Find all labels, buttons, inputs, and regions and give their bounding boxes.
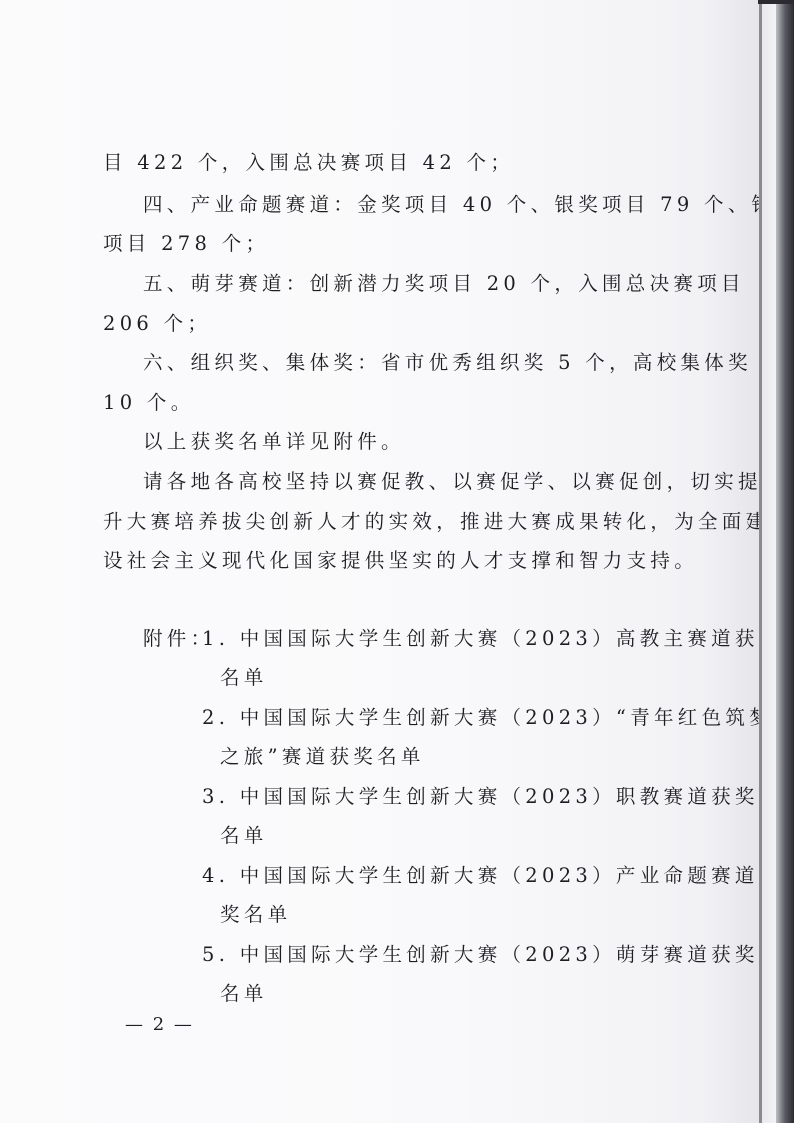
body-line-9: 请各地各高校坚持以赛促教、以赛促学、以赛促创，切实提	[143, 470, 762, 494]
attachment-4-line2: 奖名单	[220, 903, 291, 927]
attachment-1-line2: 名单	[220, 666, 268, 690]
document-page: 目 422 个，入围总决赛项目 42 个； 四、产业命题赛道：金奖项目 40 个…	[0, 0, 760, 1123]
body-line-7: 10 个。	[103, 391, 195, 415]
body-line-3: 项目 278 个；	[103, 232, 269, 256]
body-line-11: 设社会主义现代化国家提供坚实的人才支撑和智力支持。	[103, 549, 698, 573]
scanner-border	[776, 0, 794, 1123]
attachment-5-line2: 名单	[220, 982, 268, 1006]
body-line-8: 以上获奖名单详见附件。	[143, 430, 405, 454]
attachment-4-line1: 4. 中国国际大学生创新大赛（2023）产业命题赛道获	[202, 864, 783, 888]
attachment-1-line1: 1. 中国国际大学生创新大赛（2023）高教主赛道获奖	[202, 627, 783, 651]
attachment-2-line2: 之旅”赛道获奖名单	[220, 745, 425, 769]
page-number: — 2 —	[125, 1014, 194, 1035]
body-line-2: 四、产业命题赛道：金奖项目 40 个、银奖项目 79 个、铜奖	[143, 193, 794, 217]
page-edge-strip	[762, 0, 776, 1123]
body-line-5: 206 个；	[103, 312, 211, 336]
body-line-10: 升大赛培养拔尖创新人才的实效，推进大赛成果转化，为全面建	[103, 510, 769, 534]
attachment-3-line2: 名单	[220, 824, 268, 848]
attachment-2-line1: 2. 中国国际大学生创新大赛（2023）“青年红色筑梦	[202, 706, 773, 730]
body-line-6: 六、组织奖、集体奖：省市优秀组织奖 5 个，高校集体奖	[143, 351, 752, 375]
attachment-5-line1: 5. 中国国际大学生创新大赛（2023）萌芽赛道获奖	[202, 943, 759, 967]
attachment-3-line1: 3. 中国国际大学生创新大赛（2023）职教赛道获奖	[202, 785, 759, 809]
scanner-border-top	[758, 0, 794, 4]
body-line-1: 目 422 个，入围总决赛项目 42 个；	[103, 151, 514, 175]
body-line-4: 五、萌芽赛道：创新潜力奖项目 20 个，入围总决赛项目	[143, 272, 745, 296]
